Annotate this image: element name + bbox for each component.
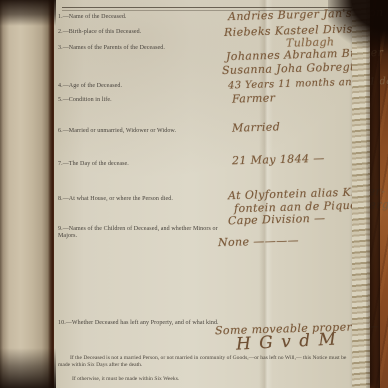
footer-note-six-days: If the Deceased is not a married Person,… — [58, 355, 356, 369]
field-label-age: 4.—Age of the Deceased. — [58, 83, 228, 90]
field-label-property: 10.—Whether Deceased has left any Proper… — [58, 320, 226, 327]
footer-note-six-weeks: If otherwise, it must be made within Six… — [72, 376, 352, 383]
signature: H G v d M — [236, 333, 338, 350]
field-label-condition-in-life: 5.—Condition in life. — [58, 97, 228, 104]
death-notice-photo: 1.—Name of the Deceased. Andries Burger … — [0, 0, 388, 388]
handwritten-children: None ———— — [218, 235, 299, 249]
field-label-place-of-death: 8.—At what House, or where the Person di… — [58, 196, 238, 203]
field-label-day-of-decease: 7.—The Day of the decease. — [58, 161, 228, 168]
field-label-name-of-deceased: 1.—Name of the Deceased. — [58, 14, 228, 21]
rolled-left-page — [0, 0, 52, 388]
bottom-left-dark-corner — [0, 348, 56, 388]
handwritten-marital-status: Married — [232, 121, 281, 134]
field-label-children: 9.—Names of the Children of Deceased, an… — [58, 226, 230, 240]
top-left-dark-corner — [0, 0, 56, 26]
top-right-dark-corner — [328, 0, 388, 54]
field-label-parents: 3.—Names of the Parents of the Deceased. — [58, 45, 233, 52]
handwritten-condition: Farmer — [232, 92, 276, 105]
field-label-birthplace: 2.—Birth-place of this Deceased. — [58, 29, 228, 36]
field-label-marital-status: 6.—Married or unmarried, Widower or Wido… — [58, 128, 238, 135]
page-edge-shadow — [366, 0, 380, 388]
